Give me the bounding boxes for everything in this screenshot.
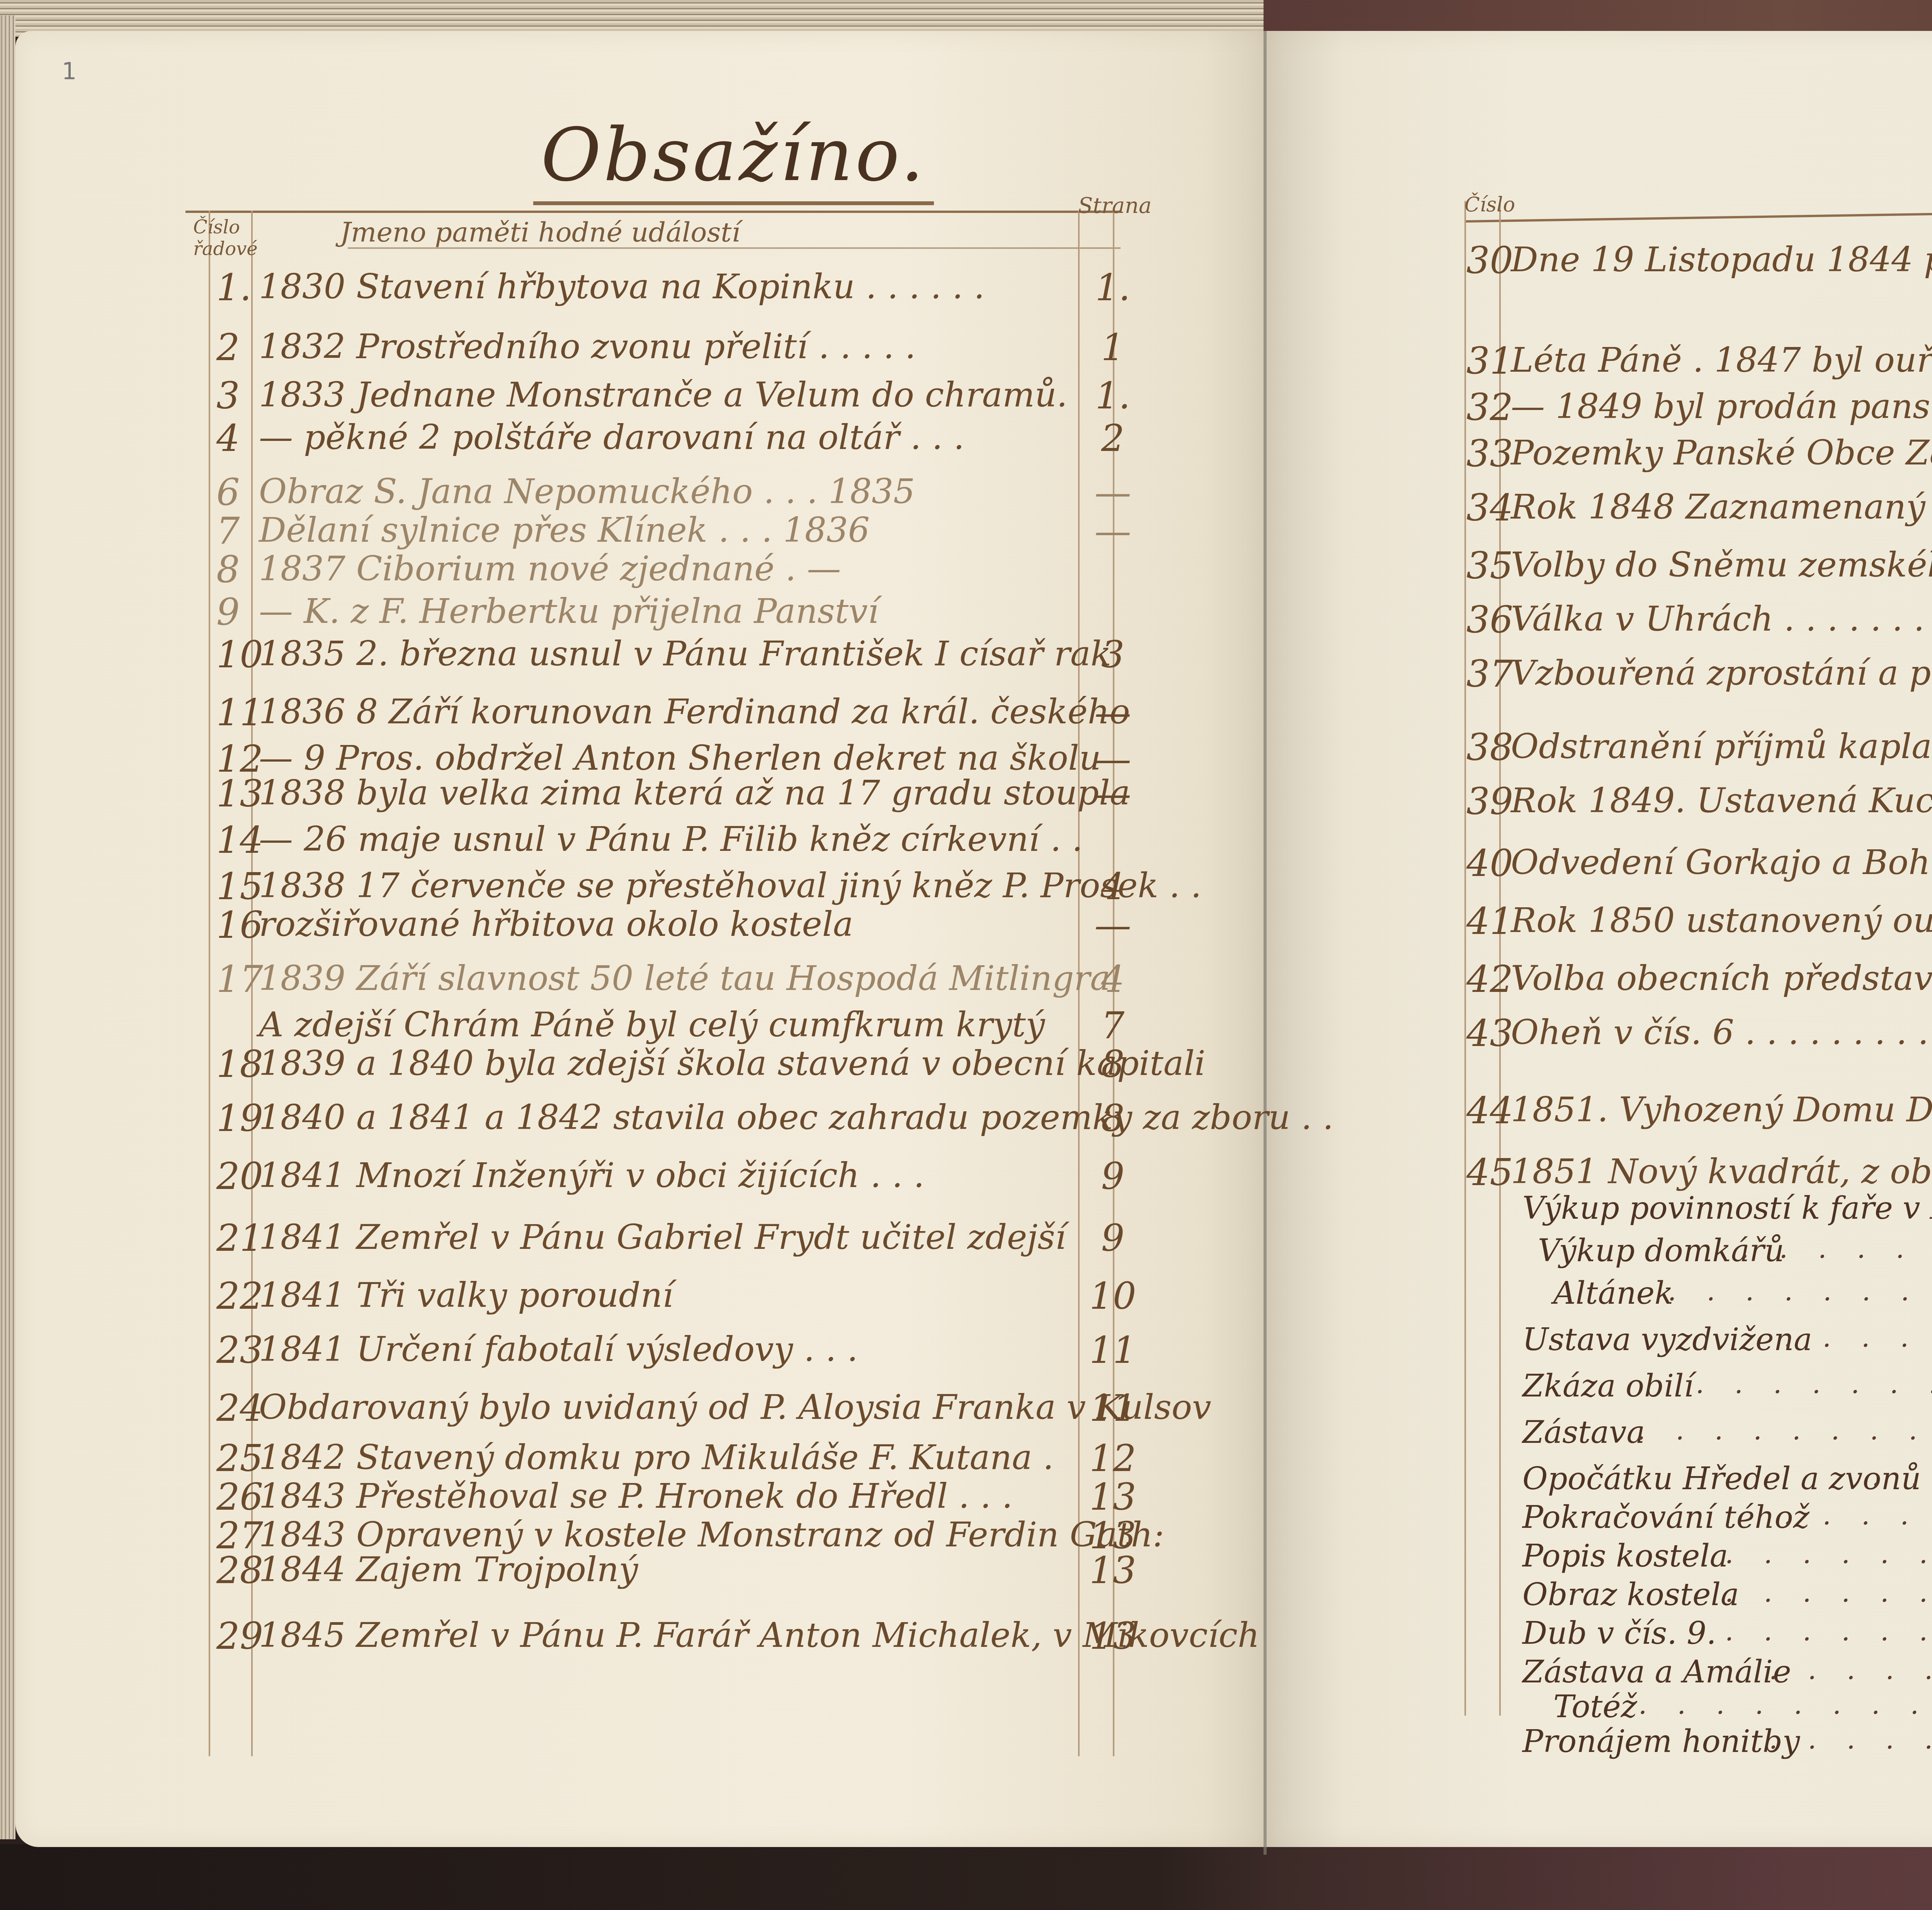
row-number: 4 [216,417,240,460]
row-event-text: 1830 Stavení hřbytova na Kopinku . . . .… [259,267,985,306]
table-row: 4— pěkné 2 polštáře darovaní na oltář . … [209,417,1136,460]
later-entry-row: Altánek. . . . . . . . . . . . .” [1553,1275,1932,1314]
row-event-text: 1838 17 červenče se přestěhoval jiný kně… [259,866,1202,905]
column-header-page: Strana [1078,193,1151,218]
row-event-text: Dne 19 Listopadu 1844 přistěhoval se do … [1511,240,1932,279]
row-number: 8 [216,549,240,591]
row-event-text: 1837 Ciborium nové zjednané . — [259,549,841,588]
row-event-text: Válka v Uhrách . . . . . . . [1511,599,1924,639]
row-event-text: Rok 1848 Zaznamenaný to rok . - - - - - [1511,487,1932,527]
later-entry-text: Pronájem honitby [1522,1723,1800,1759]
row-event-text: 1840 a 1841 a 1842 stavila obec zahradu … [259,1097,1333,1137]
row-number: 7 [216,510,240,553]
dot-leader: . . . . . . . . . . . . . [1638,1689,1932,1720]
row-page-ref: 8 [1074,1043,1151,1086]
row-event-text: A zdejší Chrám Páně byl celý cumfkrum kr… [259,1005,1045,1044]
row-event-text: Dělaní sylnice přes Klínek . . . 1836 [259,510,870,550]
table-row: 32— 1849 byl prodán panství čís. 10 panu… [1464,386,1932,429]
later-entry-text: Popis kostela [1522,1538,1728,1574]
later-entry-text: Ustava vyzdvižena [1522,1322,1812,1357]
row-number: 42 [1466,958,1513,1001]
later-entry-text: Pokračování téhož [1522,1499,1810,1535]
page-stack-left-edge [0,15,15,1839]
row-page-ref: — [1074,692,1151,734]
table-row: 281844 Zajem Trojpolný13 [209,1549,1136,1592]
row-number: 24 [216,1387,263,1430]
row-event-text: Odvedení Gorkajo a Bohu: Konec Války . .… [1511,842,1932,882]
row-page-ref: 11 [1074,1387,1151,1430]
later-entry-row: Totéž. . . . . . . . . . . . .39. [1553,1689,1932,1727]
row-number: 34 [1466,487,1513,529]
later-entry-text: Obraz kostela [1522,1577,1739,1612]
row-event-text: Rok 1849. Ustavená Kuchařka. . . . . . [1511,781,1932,820]
row-event-text: Obraz S. Jana Nepomuckého . . . 1835 [259,471,915,511]
table-row: 38Odstranění příjmů kaplana: desátky drv… [1464,726,1932,769]
table-top-rule [185,211,1121,213]
row-page-ref: 12 [1074,1437,1151,1480]
row-number: 41 [1466,900,1513,943]
dot-leader: . . . . . . . . . . . . . [1784,1499,1932,1531]
table-row: 191840 a 1841 a 1842 stavila obec zahrad… [209,1097,1136,1140]
row-number: 28 [216,1549,263,1592]
folio-number-left: 1 [62,58,77,85]
row-event-text: 1835 2. března usnul v Pánu František I … [259,634,1111,674]
row-number: 16 [216,904,263,947]
later-entry-text: Zástava a Amálie [1522,1654,1791,1690]
dot-leader: . . . . . . . . . . . . . [1637,1414,1932,1446]
later-entry-row: Pokračování téhož. . . . . . . . . . . .… [1522,1499,1932,1538]
table-row: 201841 Mnozí Inženýři v obci žijících . … [209,1155,1136,1198]
table-row: 231841 Určení fabotalí výsledovy . . .11 [209,1329,1136,1372]
table-row: 24Obdarovaný bylo uvidaný od P. Aloysia … [209,1387,1136,1430]
table-row: 31Léta Páně . 1847 byl ouřad z Kunštátu … [1464,340,1932,383]
row-number: 11 [216,692,263,734]
dot-leader: . . . . . . . . . . . . . [1725,1538,1932,1570]
row-number: 10 [216,634,263,676]
row-event-text: — 9 Pros. obdržel Anton Sherlen dekret n… [259,738,1101,778]
row-event-text: 1843 Přestěhoval se P. Hronek do Hředl .… [259,1476,1013,1516]
dot-leader: . . . . . . . . . . . . . [1725,1615,1932,1647]
table-row: 441851. Vyhozený Domu Dekanský v Kutnoho… [1464,1090,1932,1132]
table-row: 6Obraz S. Jana Nepomuckého . . . 1835— [209,471,1136,514]
later-entry-text: Altánek [1553,1275,1673,1311]
dot-leader: . . . . . . . . . . . . . [1769,1654,1932,1685]
row-event-text: 1844 Zajem Trojpolný [259,1549,638,1589]
row-number: 37 [1466,653,1513,696]
row-number: 17 [216,958,263,1001]
row-number: 29 [216,1615,263,1658]
row-number: 40 [1466,842,1513,885]
row-event-text: — 26 maje usnul v Pánu P. Filib kněz cír… [259,819,1083,859]
row-number: 23 [216,1329,263,1372]
row-event-text: 1841 Zemřel v Pánu Gabriel Frydt učitel … [259,1217,1066,1257]
row-number: 32 [1466,386,1513,429]
table-row: 221841 Tři valky poroudní10 [209,1275,1136,1318]
table-row: 37Vzbouřená zprostání a poddaný půdy . .… [1464,653,1932,696]
table-row: 41Rok 1850 ustanovený ouřad v Kutnohoře … [1464,900,1932,943]
column-header-number: Číslo řadové [193,216,251,260]
later-entry-text: Dub v čís. 9. [1522,1615,1716,1651]
dot-leader: . . . . . . . . . . . . . [1696,1368,1932,1400]
dot-leader: . . . . . . . . . . . . . [1725,1577,1932,1608]
row-number: 18 [216,1043,263,1086]
row-event-text: 1836 8 Září korunovan Ferdinand za král.… [259,692,1130,731]
row-page-ref: — [1074,510,1151,553]
later-entry-row: Zástava a Amálie. . . . . . . . . . . . … [1522,1654,1932,1692]
book-cover-top [1264,0,1932,35]
dot-leader: . . . . . . . . . . . . . [1872,1461,1932,1492]
dot-leader: . . . . . . . . . . . . . [1740,1233,1932,1264]
row-event-text: Obdarovaný bylo uvidaný od P. Aloysia Fr… [259,1387,1211,1427]
row-event-text: Volby do Sněmu zemského a říšského . . [1511,545,1932,585]
table-row: A zdejší Chrám Páně byl celý cumfkrum kr… [209,1005,1136,1047]
later-entry-row: Pronájem honitby. . . . . . . . . . . . … [1522,1723,1932,1762]
row-page-ref: 1 [1074,327,1151,369]
dot-leader: . . . . . . . . . . . . . [1784,1322,1932,1353]
table-row: 40Odvedení Gorkajo a Bohu: Konec Války .… [1464,842,1932,885]
table-row: 181839 a 1840 byla zdejší škola stavená … [209,1043,1136,1086]
row-event-text: 1851. Vyhozený Domu Dekanský v Kutnohoře… [1511,1090,1932,1129]
row-page-ref: 7 [1074,1005,1151,1047]
row-number: 33 [1466,433,1513,475]
row-number: 9 [216,591,240,634]
row-number: 30 [1466,240,1513,282]
table-row: 251842 Stavený domku pro Mikuláše F. Kut… [209,1437,1136,1480]
later-entry-text: Opočátku Hředel a zvonů [1522,1461,1921,1497]
row-number: 25 [216,1437,263,1480]
row-page-ref: 1. [1074,375,1151,417]
table-row: 14— 26 maje usnul v Pánu P. Filib kněz c… [209,819,1136,862]
row-page-ref: 9 [1074,1217,1151,1260]
row-event-text: Rok 1850 ustanovený ouřad v Kutnohoře . … [1511,900,1932,940]
later-entry-text: Zkáza obilí [1522,1368,1694,1404]
row-number: 14 [216,819,263,862]
table-row: 34Rok 1848 Zaznamenaný to rok . - - - - … [1464,487,1932,529]
column-header-number-right: Číslo [1464,193,1515,216]
row-number: 45 [1466,1151,1513,1194]
row-event-text: Vzbouřená zprostání a poddaný půdy . . .… [1511,653,1932,693]
row-page-ref: — [1074,773,1151,815]
row-number: 1. [216,267,252,309]
later-entry-text: Výkup povinností k faře v Mutějovicích [1522,1190,1932,1226]
later-entry-row: Ustava vyzdvižena. . . . . . . . . . . .… [1522,1322,1932,1360]
book-gutter [1264,31,1267,1855]
table-row: 7Dělaní sylnice přes Klínek . . . 1836— [209,510,1136,553]
later-entry-row: Výkup povinností k faře v Mutějovicích. … [1522,1190,1932,1229]
row-event-text: Volba obecních představených . . - - - - [1511,958,1932,998]
row-page-ref: 2 [1074,417,1151,460]
row-event-text: 1839 a 1840 byla zdejší škola stavená v … [259,1043,1206,1083]
row-event-text: 1851 Nový kvadrát, z obecní pokladnice .… [1511,1151,1932,1191]
row-event-text: rozšiřované hřbitova okolo kostela [259,904,853,944]
row-event-text: Odstranění příjmů kaplana: desátky drvan… [1511,726,1932,766]
table-row: 42Volba obecních představených . . - - -… [1464,958,1932,1001]
row-event-text: 1841 Mnozí Inženýři v obci žijících . . … [259,1155,924,1195]
later-entry-row: Opočátku Hředel a zvonů. . . . . . . . .… [1522,1461,1932,1499]
row-event-text: — pěkné 2 polštáře darovaní na oltář . .… [259,417,964,457]
row-event-text: Pozemky Panské Obce Zádlské . . [1511,433,1932,473]
table-row: 261843 Přestěhoval se P. Hronek do Hředl… [209,1476,1136,1519]
row-page-ref: 4 [1074,866,1151,908]
table-row: 9— K. z F. Herbertku přijelna Panství [209,591,1136,634]
table-row: 16rozšiřované hřbitova okolo kostela— [209,904,1136,947]
table-row: 43Oheň v čís. 6 . . . . . . . . .30 [1464,1012,1932,1055]
row-event-text: Oheň v čís. 6 . . . . . . . . . [1511,1012,1929,1052]
table-row: 30Dne 19 Listopadu 1844 přistěhoval se d… [1464,240,1932,282]
row-page-ref: 10 [1074,1275,1151,1318]
row-number: 15 [216,866,263,908]
row-number: 44 [1466,1090,1513,1132]
row-number: 35 [1466,545,1513,587]
row-event-text: 1839 Září slavnost 50 leté tau Hospodá M… [259,958,1111,998]
later-entry-row: Popis kostela. . . . . . . . . . . . .36… [1522,1538,1932,1577]
row-page-ref: 13 [1074,1549,1151,1592]
row-number: 2 [216,327,240,369]
later-entry-row: Zástava. . . . . . . . . . . . .” [1522,1414,1932,1453]
row-page-ref: 4 [1074,958,1151,1001]
row-page-ref: — [1074,904,1151,947]
table-row: 31833 Jednane Monstranče a Velum do chra… [209,375,1136,417]
row-event-text: 1841 Tři valky poroudní [259,1275,673,1315]
table-row: 101835 2. března usnul v Pánu František … [209,634,1136,676]
row-event-text: 1838 byla velka zima která až na 17 grad… [259,773,1130,813]
column-header-event: Jmeno paměti hodné událostí [340,216,740,248]
row-number: 36 [1466,599,1513,641]
table-row: 81837 Ciborium nové zjednané . — [209,549,1136,591]
row-number: 39 [1466,781,1513,823]
row-event-text: 1833 Jednane Monstranče a Velum do chram… [259,375,1067,415]
row-event-text: Léta Páně . 1847 byl ouřad z Kunštátu do… [1511,340,1932,380]
table-row: 291845 Zemřel v Pánu P. Farář Anton Mich… [209,1615,1136,1658]
row-event-text: 1832 Prostředního zvonu přelití . . . . … [259,327,916,366]
row-number: 19 [216,1097,263,1140]
table-row: 151838 17 červenče se přestěhoval jiný k… [209,866,1136,908]
row-number: 26 [216,1476,263,1519]
row-event-text: 1841 Určení fabotalí výsledovy . . . [259,1329,858,1369]
later-entry-row: Výkup domkářů. . . . . . . . . . . . .” [1538,1233,1932,1271]
dot-leader: . . . . . . . . . . . . . [1668,1275,1932,1307]
row-number: 21 [216,1217,263,1260]
row-event-text: 1843 Opravený v kostele Monstranz od Fer… [259,1515,1164,1555]
later-entry-row: Obraz kostela. . . . . . . . . . . . .37… [1522,1577,1932,1615]
row-number: 43 [1466,1012,1513,1055]
row-number: 13 [216,773,263,815]
later-entry-text: Zástava [1522,1414,1645,1450]
row-page-ref: — [1074,471,1151,514]
book-cover-bottom [0,1844,1932,1910]
row-page-ref: 3 [1074,634,1151,676]
row-event-text: 1842 Stavený domku pro Mikuláše F. Kutan… [259,1437,1054,1477]
table-row: 1.1830 Stavení hřbytova na Kopinku . . .… [209,267,1136,309]
later-entry-row: Dub v čís. 9.. . . . . . . . . . . . .” [1522,1615,1932,1654]
table-row: 211841 Zemřel v Pánu Gabriel Frydt učite… [209,1217,1136,1260]
table-row: 171839 Září slavnost 50 leté tau Hospodá… [209,958,1136,1001]
row-page-ref: 1. [1074,267,1151,309]
table-row: 451851 Nový kvadrát, z obecní pokladnice… [1464,1151,1932,1194]
row-number: 31 [1466,340,1513,383]
row-page-ref: 8 [1074,1097,1151,1140]
table-row: 36Válka v Uhrách . . . . . . .24 [1464,599,1932,641]
later-entry-text: Totéž [1553,1689,1637,1725]
table-row: 33Pozemky Panské Obce Zádlské . .14 [1464,433,1932,475]
row-page-ref: 13 [1074,1476,1151,1519]
row-event-text: — K. z F. Herbertku přijelna Panství [259,591,879,631]
table-row: 39Rok 1849. Ustavená Kuchařka. . . . . .… [1464,781,1932,823]
row-number: 6 [216,471,240,514]
dot-leader: . . . . . . . . . . . . . [1769,1723,1932,1755]
table-row: 35Volby do Sněmu zemského a říšského . .… [1464,545,1932,587]
row-number: 38 [1466,726,1513,769]
row-number: 20 [216,1155,263,1198]
table-row: 111836 8 Září korunovan Ferdinand za krá… [209,692,1136,734]
row-page-ref: 11 [1074,1329,1151,1372]
row-page-ref: 13 [1074,1615,1151,1658]
row-number: 3 [216,375,240,417]
page-title: Obsažíno. [533,112,934,205]
row-event-text: — 1849 byl prodán panství čís. 10 panu z… [1511,386,1932,426]
row-page-ref: 9 [1074,1155,1151,1198]
table-row: 131838 byla velka zima která až na 17 gr… [209,773,1136,815]
table-row: 21832 Prostředního zvonu přelití . . . .… [209,327,1136,369]
later-entry-row: Zkáza obilí. . . . . . . . . . . . .” [1522,1368,1932,1407]
row-number: 22 [216,1275,263,1318]
table-row: P. Josef Taborský . .14 [1464,294,1932,336]
